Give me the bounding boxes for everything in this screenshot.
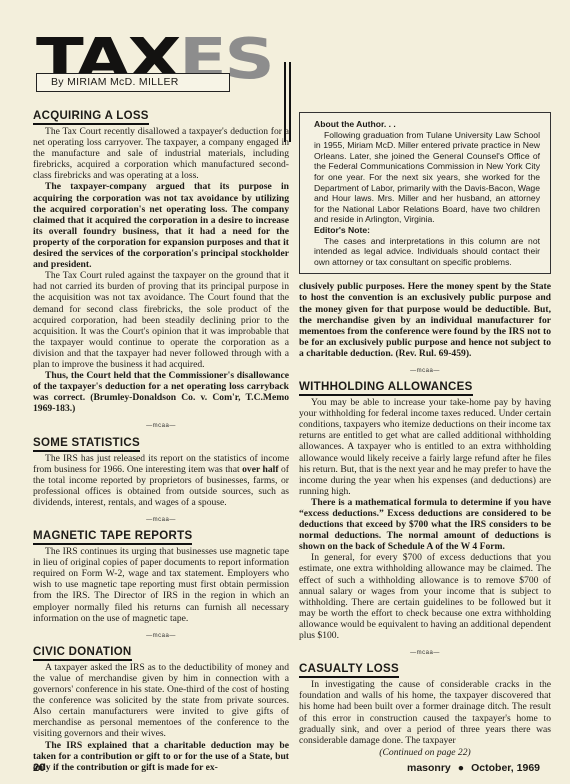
section-separator: —mcaa— [299, 648, 551, 659]
heading-civic-donation: CIVIC DONATION [33, 646, 132, 661]
masthead: TAX ES [36, 32, 276, 106]
paragraph: The IRS explained that a charitable dedu… [33, 740, 289, 773]
page-number: 20 [33, 762, 45, 774]
paragraph: The Tax Court recently disallowed a taxp… [33, 126, 289, 181]
heading-magnetic-tape-reports: MAGNETIC TAPE REPORTS [33, 530, 192, 545]
editors-note-title: Editor's Note: [314, 225, 540, 236]
paragraph: Thus, the Court held that the Commission… [33, 370, 289, 414]
byline: By MIRIAM McD. MILLER [36, 73, 230, 92]
emphasis-text: over half [242, 464, 278, 475]
about-author-box: About the Author. . . Following graduati… [299, 112, 551, 274]
section-separator: —mcaa— [33, 515, 289, 526]
editors-note: The cases and interpretations in this co… [314, 236, 540, 268]
section-separator: —mcaa— [33, 631, 289, 642]
paragraph: In investigating the cause of considerab… [299, 679, 551, 746]
section-separator: —mcaa— [33, 421, 289, 432]
publication-footer: masonry●October, 1969 [407, 762, 540, 774]
magazine-page: TAX ES By MIRIAM McD. MILLER ACQUIRING A… [0, 0, 570, 784]
heading-some-statistics: SOME STATISTICS [33, 437, 140, 452]
paragraph: In general, for every $700 of excess ded… [299, 552, 551, 641]
paragraph: The taxpayer-company argued that its pur… [33, 181, 289, 270]
continued-link[interactable]: (Continued on page 22) [299, 747, 551, 758]
paragraph: You may be able to increase your take-ho… [299, 397, 551, 497]
paragraph: There is a mathematical formula to deter… [299, 497, 551, 552]
paragraph: The IRS has just released its report on … [33, 453, 289, 508]
section-separator: —mcaa— [299, 366, 551, 377]
paragraph: clusively public purposes. Here the mone… [299, 281, 551, 359]
heading-withholding-allowances: WITHHOLDING ALLOWANCES [299, 381, 473, 396]
bullet-icon: ● [458, 762, 464, 774]
heading-acquiring-a-loss: ACQUIRING A LOSS [33, 110, 149, 125]
paragraph: The IRS continues its urging that busine… [33, 546, 289, 624]
author-bio: Following graduation from Tulane Univers… [314, 130, 540, 225]
paragraph: A taxpayer asked the IRS as to the deduc… [33, 662, 289, 740]
about-author-title: About the Author. . . [314, 119, 540, 130]
publication-name: masonry [407, 762, 451, 774]
issue-date: October, 1969 [471, 762, 540, 774]
right-column: About the Author. . . Following graduati… [299, 112, 551, 758]
paragraph: The Tax Court ruled against the taxpayer… [33, 270, 289, 370]
heading-casualty-loss: CASUALTY LOSS [299, 663, 399, 678]
left-column: ACQUIRING A LOSS The Tax Court recently … [33, 110, 289, 773]
